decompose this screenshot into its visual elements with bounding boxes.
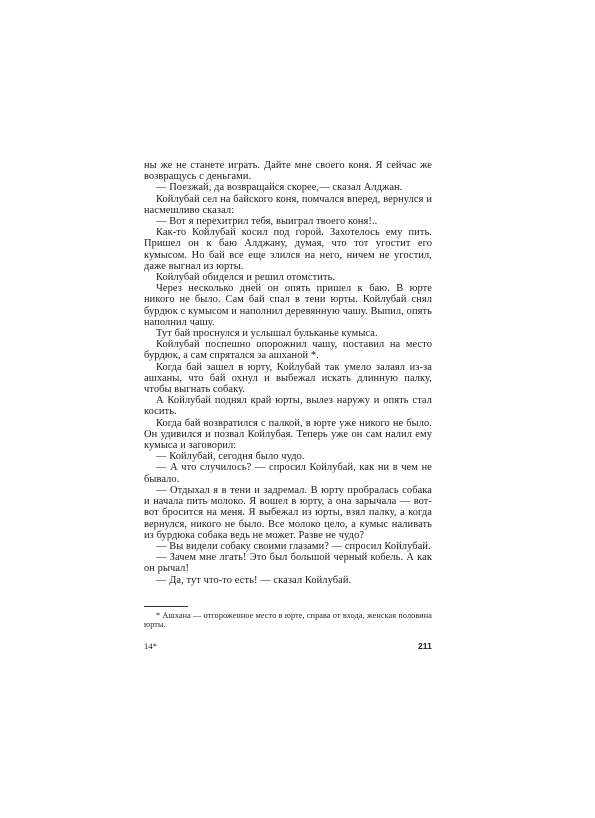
paragraph: Койлубай сел на байского коня, помчался … [144, 194, 432, 216]
paragraph: А Койлубай поднял край юрты, вылез наруж… [144, 395, 432, 417]
paragraph: — Поезжай, да возвращайся скорее,— сказа… [144, 182, 432, 193]
paragraph: — Вот я перехитрил тебя, выиграл твоего … [144, 216, 432, 227]
paragraph: — Зачем мне лгать! Это был большой черны… [144, 552, 432, 574]
paragraph: Как-то Койлубай косил под горой. Захотел… [144, 227, 432, 272]
paragraph: — Да, тут что-то есть! — сказал Койлубай… [144, 575, 432, 586]
page-number: 211 [418, 641, 432, 652]
signature-mark: 14* [144, 641, 157, 652]
paragraph: Когда бай зашел в юрту, Койлубай так уме… [144, 362, 432, 396]
paragraph: — Вы видели собаку своими глазами? — спр… [144, 541, 432, 552]
page-footer: 14* 211 [144, 641, 432, 652]
paragraph: — Койлубай, сегодня было чудо. [144, 451, 432, 462]
book-page: ны же не станете играть. Дайте мне своег… [144, 160, 432, 652]
footnote: * Ашхана — отгороженное место в юрте, сп… [144, 611, 432, 629]
paragraph: — Отдыхал я в тени и задремал. В юрту пр… [144, 485, 432, 541]
paragraph: Когда бай возвратился с палкой, в юрте у… [144, 418, 432, 452]
paragraph: Койлубай поспешно опорожнил чашу, постав… [144, 339, 432, 361]
body-text: ны же не станете играть. Дайте мне своег… [144, 160, 432, 586]
paragraph: Тут бай проснулся и услышал бульканье ку… [144, 328, 432, 339]
footnote-divider [144, 606, 188, 607]
paragraph: Через несколько дней он опять пришел к б… [144, 283, 432, 328]
paragraph: ны же не станете играть. Дайте мне своег… [144, 160, 432, 182]
paragraph: Койлубай обиделся и решил отомстить. [144, 272, 432, 283]
paragraph: — А что случилось? — спросил Койлубай, к… [144, 462, 432, 484]
